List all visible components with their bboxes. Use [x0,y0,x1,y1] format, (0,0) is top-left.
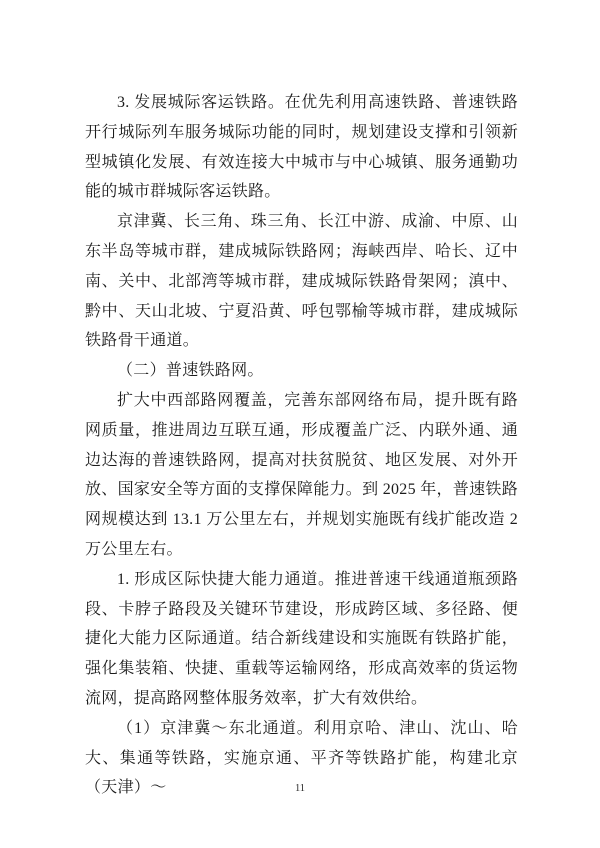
paragraph: 扩大中西部路网覆盖，完善东部网络布局，提升既有路网质量，推进周边互联互通，形成覆… [85,386,518,565]
paragraph: 3. 发展城际客运铁路。在优先利用高速铁路、普速铁路开行城际列车服务城际功能的同… [85,88,518,207]
document-content: 3. 发展城际客运铁路。在优先利用高速铁路、普速铁路开行城际列车服务城际功能的同… [85,88,518,803]
paragraph: 1. 形成区际快捷大能力通道。推进普速干线通道瓶颈路段、卡脖子路段及关键环节建设… [85,565,518,714]
document-page: 3. 发展城际客运铁路。在优先利用高速铁路、普速铁路开行城际列车服务城际功能的同… [0,0,600,848]
page-number: 11 [0,783,600,794]
paragraph: 京津冀、长三角、珠三角、长江中游、成渝、中原、山东半岛等城市群，建成城际铁路网；… [85,207,518,356]
paragraph: （二）普速铁路网。 [85,356,518,386]
